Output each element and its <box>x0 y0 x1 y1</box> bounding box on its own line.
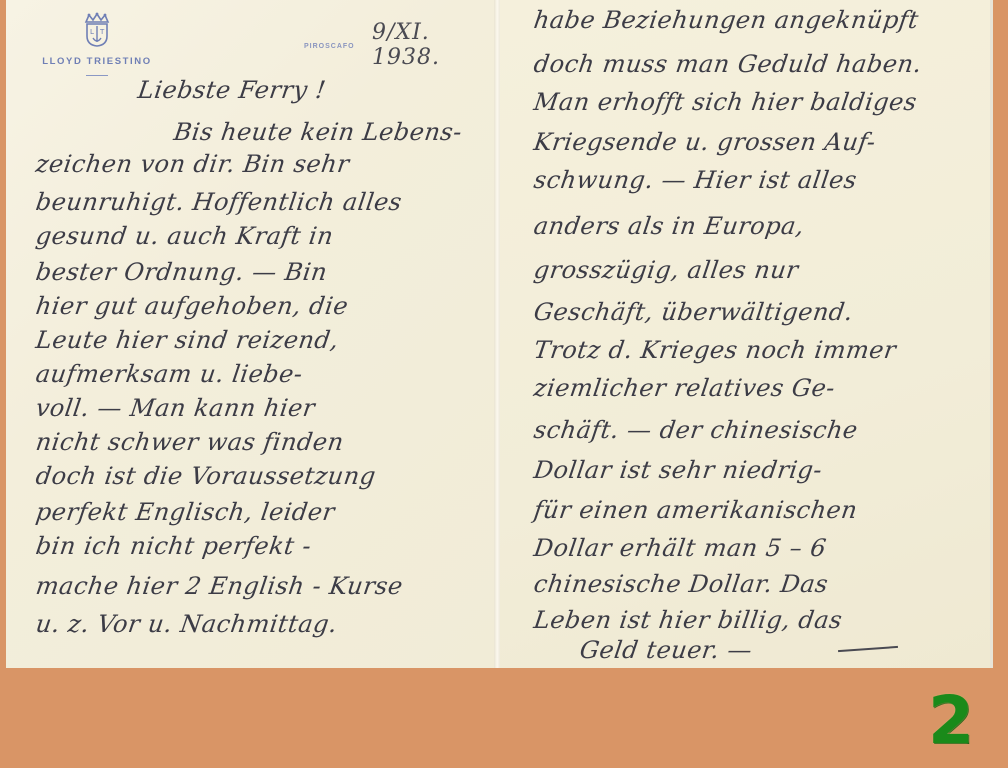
handwritten-line: mache hier 2 English - Kurse <box>34 572 405 600</box>
handwritten-line: gesund u. auch Kraft in <box>34 222 335 250</box>
handwritten-line: Leben ist hier billig, das <box>532 606 844 634</box>
handwritten-line: Leute hier sind reizend, <box>34 326 341 354</box>
logo-divider <box>86 75 108 76</box>
handwritten-line: u. z. Vor u. Nachmittag. <box>34 610 339 638</box>
handwritten-line: grosszügig, alles nur <box>532 256 800 284</box>
handwritten-line: Man erhofft sich hier baldiges <box>532 88 919 116</box>
handwritten-line: bin ich nicht perfekt - <box>34 532 313 560</box>
handwritten-line: beunruhigt. Hoffentlich alles <box>34 188 404 216</box>
handwritten-line: Liebste Ferry ! <box>136 76 328 104</box>
piroscafo-label: PIROSCAFO <box>304 43 355 50</box>
handwritten-line: Dollar ist sehr niedrig- <box>532 456 824 484</box>
right-page: habe Beziehungen angeknüpft doch muss ma… <box>500 0 990 668</box>
handwritten-line: Trotz d. Krieges noch immer <box>532 336 898 364</box>
handwritten-line: chinesische Dollar. Das <box>532 570 830 598</box>
page-number-badge: 2 <box>928 688 974 754</box>
handwritten-line: habe Beziehungen angeknüpft <box>532 6 920 34</box>
svg-text:T: T <box>99 28 105 36</box>
handwritten-line: Dollar erhält man 5 – 6 <box>532 534 828 562</box>
svg-text:L: L <box>90 28 94 36</box>
handwritten-line: für einen amerikanischen <box>532 496 859 524</box>
crown-anchor-emblem-icon: L T <box>83 12 111 48</box>
handwritten-line: doch muss man Geduld haben. <box>532 50 924 78</box>
handwritten-line: voll. — Man kann hier <box>34 394 317 422</box>
handwritten-line: doch ist die Voraussetzung <box>34 462 378 490</box>
handwritten-line: aufmerksam u. liebe- <box>34 360 305 388</box>
letter-date: 9/XI. 1938. <box>372 20 496 70</box>
handwritten-line: anders als in Europa, <box>532 212 806 240</box>
handwritten-line: Geschäft, überwältigend. <box>532 298 855 326</box>
handwritten-line: schwung. — Hier ist alles <box>532 166 859 194</box>
letter-scan: L T LLOYD TRIESTINO PIROSCAFO 9/XI. 1938… <box>6 0 993 668</box>
handwritten-line: Geld teuer. — <box>578 636 754 664</box>
letterhead-logo: L T LLOYD TRIESTINO <box>42 12 152 76</box>
handwritten-line: perfekt Englisch, leider <box>34 498 337 526</box>
handwritten-line: schäft. — der chinesische <box>532 416 860 444</box>
handwritten-line: bester Ordnung. — Bin <box>34 258 329 286</box>
handwritten-line: Bis heute kein Lebens- <box>172 118 464 146</box>
handwritten-line: Kriegsende u. grossen Auf- <box>532 128 878 156</box>
company-name: LLOYD TRIESTINO <box>42 56 152 67</box>
handwritten-line: zeichen von dir. Bin sehr <box>34 150 351 178</box>
handwritten-line: hier gut aufgehoben, die <box>34 292 350 320</box>
left-page: L T LLOYD TRIESTINO PIROSCAFO 9/XI. 1938… <box>6 0 496 668</box>
handwritten-line: nicht schwer was finden <box>34 428 346 456</box>
handwritten-line: ziemlicher relatives Ge- <box>532 374 837 402</box>
